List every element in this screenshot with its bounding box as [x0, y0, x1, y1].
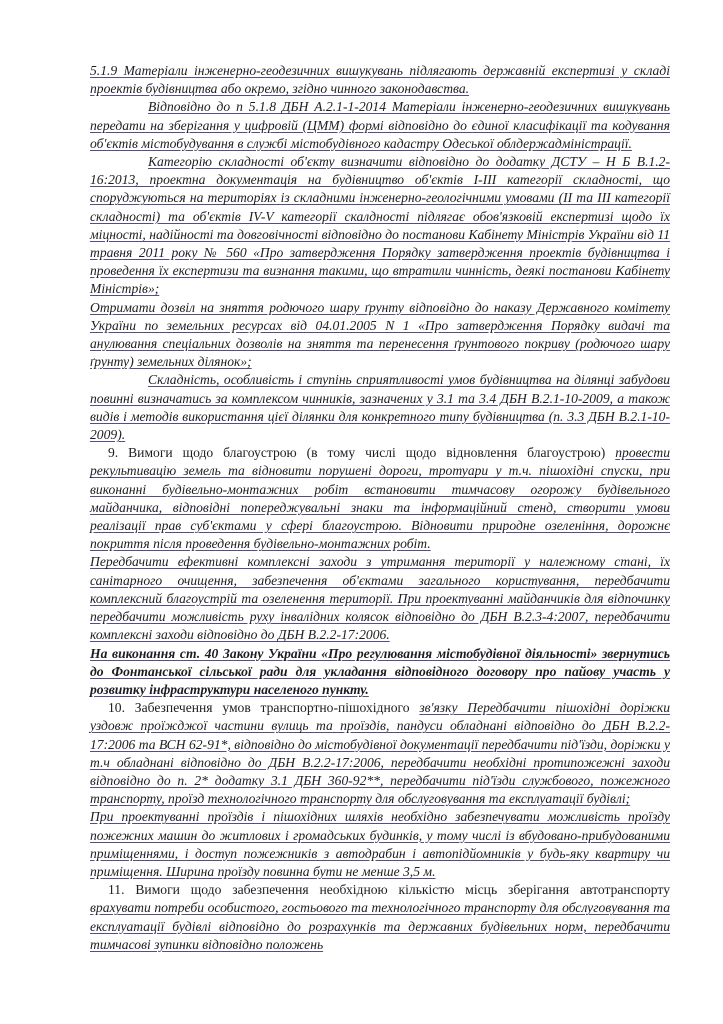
paragraph-fire-access: При проектуванні проїздів і пішохідних ш…: [90, 808, 670, 881]
paragraph-complexity-category: Категорію складності об'єкту визначити в…: [90, 153, 670, 299]
paragraph-territory-maintenance: Передбачити ефективні комплексні заходи …: [90, 553, 670, 644]
section-9-label: 9. Вимоги щодо благоустрою (в тому числі…: [108, 445, 605, 460]
section-9-landscaping: 9. Вимоги щодо благоустрою (в тому числі…: [90, 444, 670, 553]
section-11-parking: 11. Вимоги щодо забезпечення необхідною …: [90, 881, 670, 954]
section-10-label: 10. Забезпечення умов транспортно-пішохі…: [108, 700, 410, 715]
document-page: 5.1.9 Матеріали інженерно-геодезичних ви…: [90, 62, 670, 954]
paragraph-site-complexity: Складність, особливість і ступінь сприят…: [90, 371, 670, 444]
paragraph-article-40: На виконання ст. 40 Закону України «Про …: [90, 645, 670, 700]
section-11-text: врахувати потреби особистого, гостьового…: [90, 900, 670, 951]
section-9-text: провести рекультивацію земель та віднови…: [90, 445, 670, 551]
section-10-transport: 10. Забезпечення умов транспортно-пішохі…: [90, 699, 670, 808]
paragraph-5-1-9: 5.1.9 Матеріали інженерно-геодезичних ви…: [90, 62, 670, 98]
section-11-label: 11. Вимоги щодо забезпечення необхідною …: [108, 882, 670, 897]
paragraph-5-1-8-reference: Відповідно до п 5.1.8 ДБН А.2.1-1-2014 М…: [90, 98, 670, 153]
paragraph-soil-permit: Отримати дозвіл на зняття родючого шару …: [90, 299, 670, 372]
section-10-text: зв'язку Передбачити пішохідні доріжки уз…: [90, 700, 670, 806]
